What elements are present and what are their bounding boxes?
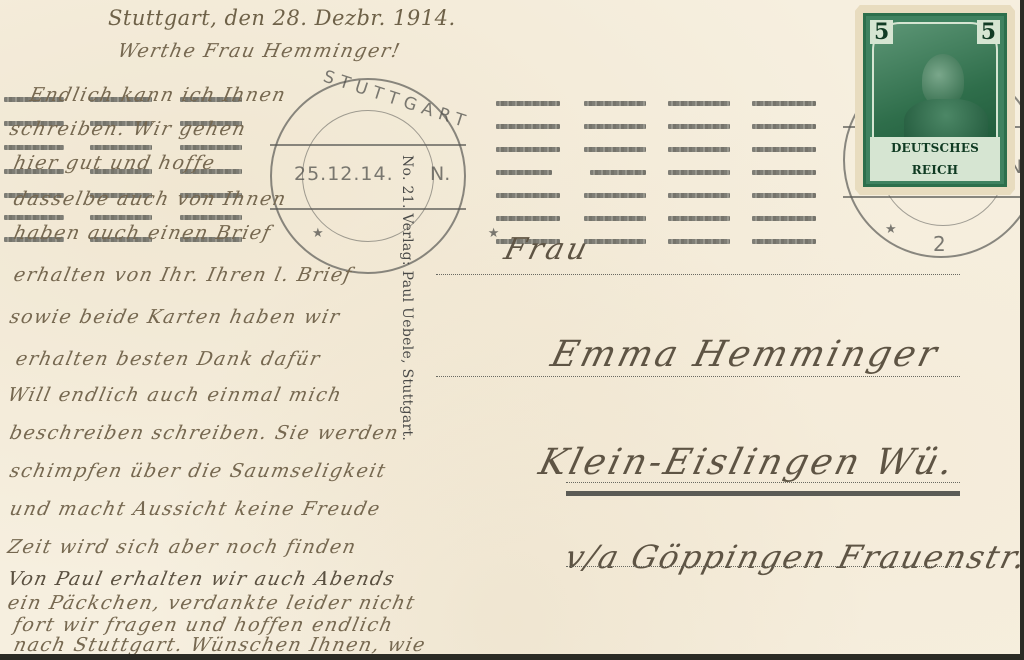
message-line: schreiben. Wir gehen <box>8 118 249 140</box>
message-line: Von Paul erhalten wir auch Abends <box>6 568 398 590</box>
stamp-value-left: 5 <box>870 20 893 44</box>
address-line-4 <box>566 566 960 567</box>
message-line: haben auch einen Brief <box>12 222 274 244</box>
address-via: v/a Göppingen Frauenstr. 2 <box>561 538 1022 576</box>
message-line: fort wir fragen und hoffen endlich <box>12 614 396 636</box>
message-line: dasselbe auch von Ihnen <box>12 188 289 210</box>
postmark-right-number: 2 <box>933 232 946 256</box>
stamp-value-right: 5 <box>977 20 1000 44</box>
card-edge-right <box>1020 0 1022 657</box>
postage-stamp: 5 5 DEUTSCHES REICH <box>855 5 1015 195</box>
address-line-2 <box>436 376 960 377</box>
postmark-left-time: N. <box>430 163 450 185</box>
message-line: und macht Aussicht keine Freude <box>8 498 383 520</box>
postmark-left: STUTTGART 25.12.14. N. ★ ★ <box>270 78 466 274</box>
message-line: erhalten von Ihr. Ihren l. Brief <box>12 264 355 286</box>
message-line: Zeit wird sich aber noch finden <box>6 536 359 558</box>
address-name: Emma Hemminger <box>547 334 944 375</box>
postmark-left-date: 25.12.14. <box>294 163 394 185</box>
address-salutation: Frau <box>501 232 594 267</box>
message-date-line: Stuttgart, den 28. Dezbr. 1914. <box>108 6 456 30</box>
address-line-1 <box>436 274 960 275</box>
message-line: ein Päckchen, verdankte leider nicht <box>6 592 418 614</box>
address-town-underline <box>566 491 960 496</box>
message-line: hier gut und hoffe <box>12 152 218 174</box>
message-line: sowie beide Karten haben wir <box>8 306 343 328</box>
message-line: schimpfen über die Saumseligkeit <box>8 460 389 482</box>
message-line: Endlich kann ich Ihnen <box>28 84 289 106</box>
postcard: STUTTGART 25.12.14. N. ★ ★ N. ★ ★ 2 5 5 … <box>0 0 1022 657</box>
message-line: Werthe Frau Hemminger! <box>116 40 403 62</box>
message-line: erhalten besten Dank dafür <box>14 348 323 370</box>
address-line-3 <box>566 482 960 483</box>
postmark-right-stars: ★ ★ <box>885 222 1022 237</box>
message-line: beschreiben schreiben. Sie werden <box>8 422 402 444</box>
card-edge-bottom <box>0 654 1022 657</box>
message-line: nach Stuttgart. Wünschen Ihnen, wie <box>12 634 429 656</box>
stamp-caption: DEUTSCHES REICH <box>870 137 1000 181</box>
message-line: Will endlich auch einmal mich <box>6 384 345 406</box>
address-town: Klein-Eislingen Wü. <box>535 442 960 483</box>
publisher-imprint: No. 21. Verlag: Paul Uebele, Stuttgart. <box>393 155 415 515</box>
